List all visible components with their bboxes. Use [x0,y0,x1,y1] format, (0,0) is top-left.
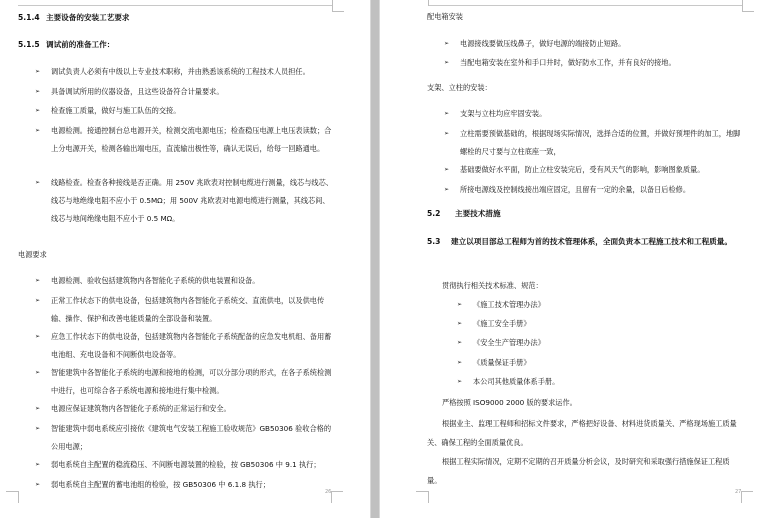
bullet-arrow-icon: ➢ [444,125,449,143]
standards-intro: 贯彻执行相关技术标准、规范： [442,281,543,291]
paragraph-actual-conditions: 根据工程实际情况，定期不定期的召开质量分析会议，及时研究和采取强行措施保证工程质… [427,452,743,490]
list-item: ➢ 应急工作状态下的供电设备，包括建筑物内各智能化子系统配备的应急发电机组、备用… [35,328,335,364]
crop-mark [331,491,343,492]
bullet-arrow-icon: ➢ [35,476,40,494]
list-item: ➢ 智能建筑中各智能化子系统的电源和接地的检测，可以分部分项的形式，在各子系统检… [35,364,335,400]
section-title-bracket: 支架、立柱的安装： [427,83,492,93]
bullet-arrow-icon: ➢ [457,354,462,372]
crop-mark [18,491,19,503]
bullet-arrow-icon: ➢ [35,102,40,120]
list-item: ➢ 《施工安全手册》 [457,315,737,333]
bullet-arrow-icon: ➢ [35,420,40,438]
section-title-distribution-box: 配电箱安装 [427,12,463,22]
iso-statement: 严格按照 ISO9000 2000 版的要求运作。 [442,398,577,408]
list-item: ➢ 本公司其他质量体系手册。 [457,373,737,391]
list-item: ➢ 具备调试所用的仪器设备，且这些设备符合计量要求。 [35,83,335,101]
list-item: ➢ 当配电箱安装在室外和手口井时，做好防水工作，并有良好的接地。 [444,54,744,72]
list-item: ➢ 弱电系统自主配置的蓄电池组的检验，按 GB50306 中 6.1.8 执行； [35,476,335,494]
crop-mark [416,491,428,492]
bullet-arrow-icon: ➢ [444,54,449,72]
list-item: ➢ 《安全生产管理办法》 [457,334,737,352]
heading-5-3: 5.3建立以项目部总工程师为首的技术管理体系，全面负责本工程施工技术和工程质量。 [427,233,747,251]
list-item: ➢ 弱电系统自主配置的稳流稳压、不间断电源装置的检验，按 GB50306 中 9… [35,456,335,474]
bullet-arrow-icon: ➢ [457,315,462,333]
bullet-arrow-icon: ➢ [457,334,462,352]
bullet-arrow-icon: ➢ [35,122,40,140]
crop-mark [428,491,429,503]
list-item: ➢ 线路检查。检查各种接线是否正确。用 250V 兆欧表对控制电缆进行测量，线芯… [35,174,335,228]
crop-mark [331,491,332,503]
heading-5-2: 5.2主要技术措施 [427,208,501,219]
crop-mark [741,491,753,492]
bullet-arrow-icon: ➢ [444,105,449,123]
bullet-arrow-icon: ➢ [457,373,462,391]
header-margin-line [18,5,332,6]
bullet-arrow-icon: ➢ [35,83,40,101]
bullet-arrow-icon: ➢ [35,272,40,290]
list-item: ➢ 调试负责人必须有中级以上专业技术职称，并由熟悉该系统的工程技术人员担任。 [35,63,335,81]
list-item: ➢ 所接电源线及控制线接出端应固定，且留有一定的余量，以备日后检修。 [444,181,744,199]
list-item: ➢ 电源检测、验收包括建筑物内各智能化子系统的供电装置和设备。 [35,272,335,290]
list-item: ➢ 检查施工质量，做好与施工队伍的交接。 [35,102,335,120]
list-item: ➢ 正常工作状态下的供电设备，包括建筑物内各智能化子系统交、直流供电，以及供电传… [35,292,335,328]
bullet-arrow-icon: ➢ [444,161,449,179]
bullet-arrow-icon: ➢ [444,181,449,199]
list-item: ➢ 立柱需要预做基础的，根据现场实际情况，选择合适的位置，并做好预埋件的加工，地… [444,125,744,161]
bullet-arrow-icon: ➢ [35,63,40,81]
bullet-arrow-icon: ➢ [35,328,40,346]
bullet-arrow-icon: ➢ [35,456,40,474]
crop-mark [742,0,743,11]
list-item: ➢ 电源应保证建筑物内各智能化子系统的正常运行和安全。 [35,400,335,418]
list-item: ➢ 《质量保证手册》 [457,354,737,372]
list-item: ➢ 《施工技术管理办法》 [457,296,737,314]
bullet-arrow-icon: ➢ [35,174,40,192]
crop-mark [6,491,18,492]
crop-mark [428,0,429,6]
list-item: ➢ 支架与立柱均应牢固安装。 [444,105,744,123]
list-item: ➢ 电源检测。接通控制台总电源开关，检测交流电源电压；检查稳压电源上电压表读数；… [35,122,335,158]
bullet-arrow-icon: ➢ [35,364,40,382]
crop-mark [332,11,344,12]
header-margin-line [428,5,742,6]
crop-mark [741,491,742,503]
paragraph-owner-requirements: 根据业主、监理工程师和招标文件要求，严格把好设备、材料进货质量关、严格现场施工质… [427,414,743,452]
crop-mark [332,0,333,11]
bullet-arrow-icon: ➢ [35,292,40,310]
bullet-arrow-icon: ➢ [457,296,462,314]
list-item: ➢ 智能建筑中弱电系统应引接依《建筑电气安装工程施工验收规范》GB50306 验… [35,420,335,456]
crop-mark [742,11,754,12]
bullet-arrow-icon: ➢ [444,35,449,53]
bullet-arrow-icon: ➢ [35,400,40,418]
page-gutter [370,0,380,518]
document-page-27: 配电箱安装 ➢ 电源接线要做压线鼻子，做好电源的端接防止短路。 ➢ 当配电箱安装… [380,0,760,518]
list-item: ➢ 基础要做好水平面，防止立柱安装完后，受有风天气的影响，影响图象质量。 [444,161,744,179]
heading-5-1-4: 5.1.4主要设备的安装工艺要求 [18,12,130,23]
list-item: ➢ 电源接线要做压线鼻子，做好电源的端接防止短路。 [444,35,744,53]
section-title-power: 电源要求 [18,250,47,260]
document-page-26: 5.1.4主要设备的安装工艺要求 5.1.5调试前的准备工作： ➢ 调试负责人必… [0,0,370,518]
heading-5-1-5: 5.1.5调试前的准备工作： [18,39,114,50]
